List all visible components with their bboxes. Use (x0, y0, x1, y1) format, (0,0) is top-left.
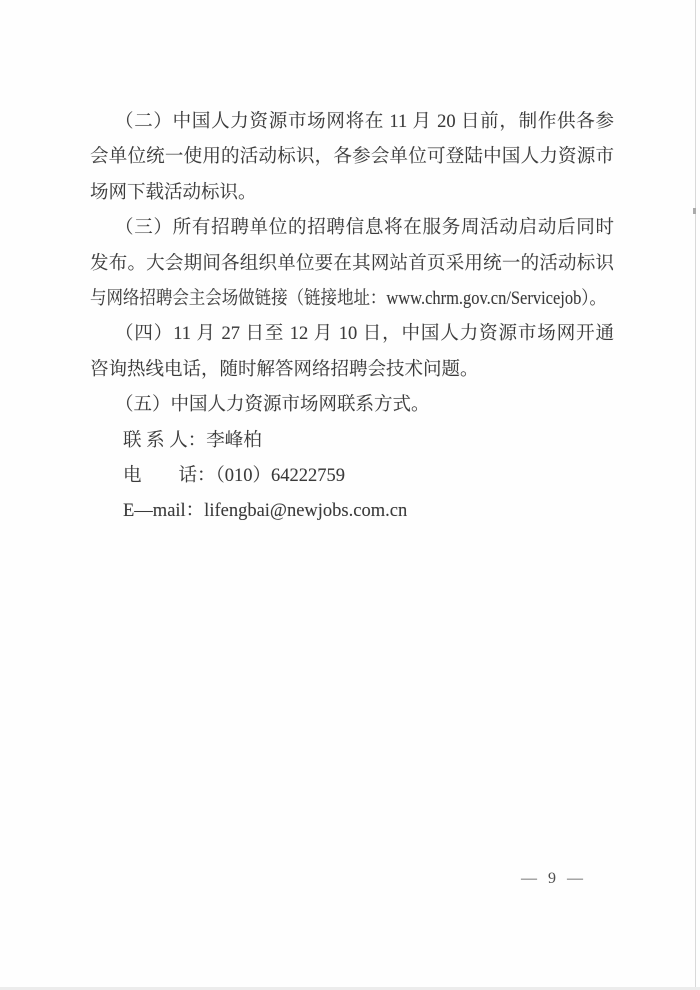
para-3-line-1: （三）所有招聘单位的招聘信息将在服务周活动启动后同时 (90, 211, 614, 246)
para-4-line-1: （四）11 月 27 日至 12 月 10 日，中国人力资源市场网开通 (90, 317, 614, 352)
para-4-line-2: 咨询热线电话，随时解答网络招聘会技术问题。 (90, 353, 614, 388)
para-5-heading: （五）中国人力资源市场网联系方式。 (90, 388, 614, 423)
footer-dash-right: — (567, 869, 583, 889)
document-body: （二）中国人力资源市场网将在 11 月 20 日前，制作供各参 会单位统一使用的… (90, 105, 614, 530)
para-3-line-3-link: 与网络招聘会主会场做链接（链接地址：www.chrm.gov.cn/Servic… (90, 282, 556, 317)
para-2-line-3: 场网下载活动标识。 (90, 176, 614, 211)
contact-person-line: 联 系 人：李峰柏 (90, 424, 614, 459)
page-footer: — 9 — (521, 869, 583, 889)
para-3-line-2: 发布。大会期间各组织单位要在其网站首页采用统一的活动标识 (90, 247, 614, 282)
scan-edge-right-line (695, 0, 696, 990)
scan-artifact-speck (693, 208, 696, 214)
contact-phone-line: 电 话：（010）64222759 (90, 459, 614, 494)
para-2-line-2: 会单位统一使用的活动标识，各参会单位可登陆中国人力资源市 (90, 140, 614, 175)
contact-email-line: E—mail：lifengbai@newjobs.com.cn (90, 494, 614, 529)
footer-dash-left: — (521, 869, 537, 889)
para-2-line-1: （二）中国人力资源市场网将在 11 月 20 日前，制作供各参 (90, 105, 614, 140)
page-number: 9 (548, 869, 556, 889)
scanned-document-page: （二）中国人力资源市场网将在 11 月 20 日前，制作供各参 会单位统一使用的… (0, 0, 700, 990)
